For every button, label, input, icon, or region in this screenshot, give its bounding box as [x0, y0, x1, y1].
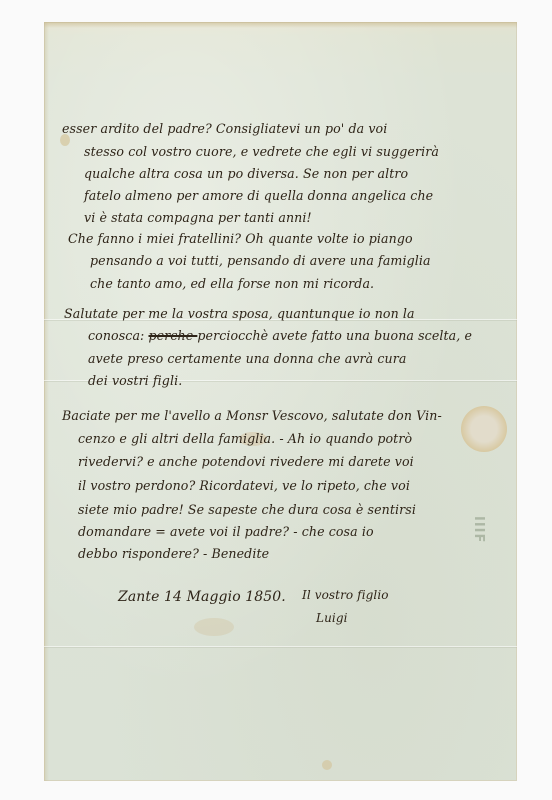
- paper-edge-left: [44, 22, 49, 781]
- wax-seal-stain: [461, 406, 507, 452]
- letter-line: rivedervi? e anche potendovi rivedere mi…: [78, 454, 414, 469]
- letter-line: cenzo e gli altri della famiglia. - Ah i…: [78, 431, 412, 446]
- letter-line: Che fanno i miei fratellini? Oh quante v…: [68, 231, 413, 246]
- paper-edge-top: [44, 22, 517, 28]
- foxing-stain: [322, 760, 332, 770]
- letter-line: domandare = avete voi il padre? - che co…: [78, 524, 374, 539]
- letter-line: esser ardito del padre? Consigliatevi un…: [62, 121, 387, 136]
- valediction: Il vostro figlio: [302, 588, 389, 602]
- letter-line: dei vostri figli.: [88, 373, 182, 388]
- place-date: Zante 14 Maggio 1850.: [118, 589, 286, 605]
- letter-line: fatelo almeno per amore di quella donna …: [84, 188, 433, 203]
- letter-line: pensando a voi tutti, pensando di avere …: [90, 253, 431, 268]
- struck-word: perche: [149, 328, 198, 343]
- letter-line: stesso col vostro cuore, e vedrete che e…: [84, 144, 439, 159]
- letter-line: conosca: perche perciocchè avete fatto u…: [88, 328, 472, 343]
- fold-line: [44, 646, 517, 647]
- letter-line: Baciate per me l'avello a Monsr Vescovo,…: [62, 408, 442, 423]
- letter-line: il vostro perdono? Ricordatevi, ve lo ri…: [78, 478, 410, 493]
- letter-line: vi è stata compagna per tanti anni!: [84, 210, 312, 225]
- letter-line: qualche altra cosa un po diversa. Se non…: [84, 166, 408, 181]
- letter-line: che tanto amo, ed ella forse non mi rico…: [90, 276, 374, 291]
- letter-line: debbo rispondere? - Benedite: [78, 546, 269, 561]
- letter-text: conosca: perche perciocchè avete fatto u…: [88, 328, 472, 343]
- signature: Luigi: [316, 611, 348, 625]
- letter-line: Salutate per me la vostra sposa, quantun…: [64, 306, 415, 321]
- letter-line: avete preso certamente una donna che avr…: [88, 351, 406, 366]
- letter-line: siete mio padre! Se sapeste che dura cos…: [78, 502, 416, 517]
- stamp-mark: IIIF: [462, 502, 486, 558]
- foxing-stain: [194, 618, 234, 636]
